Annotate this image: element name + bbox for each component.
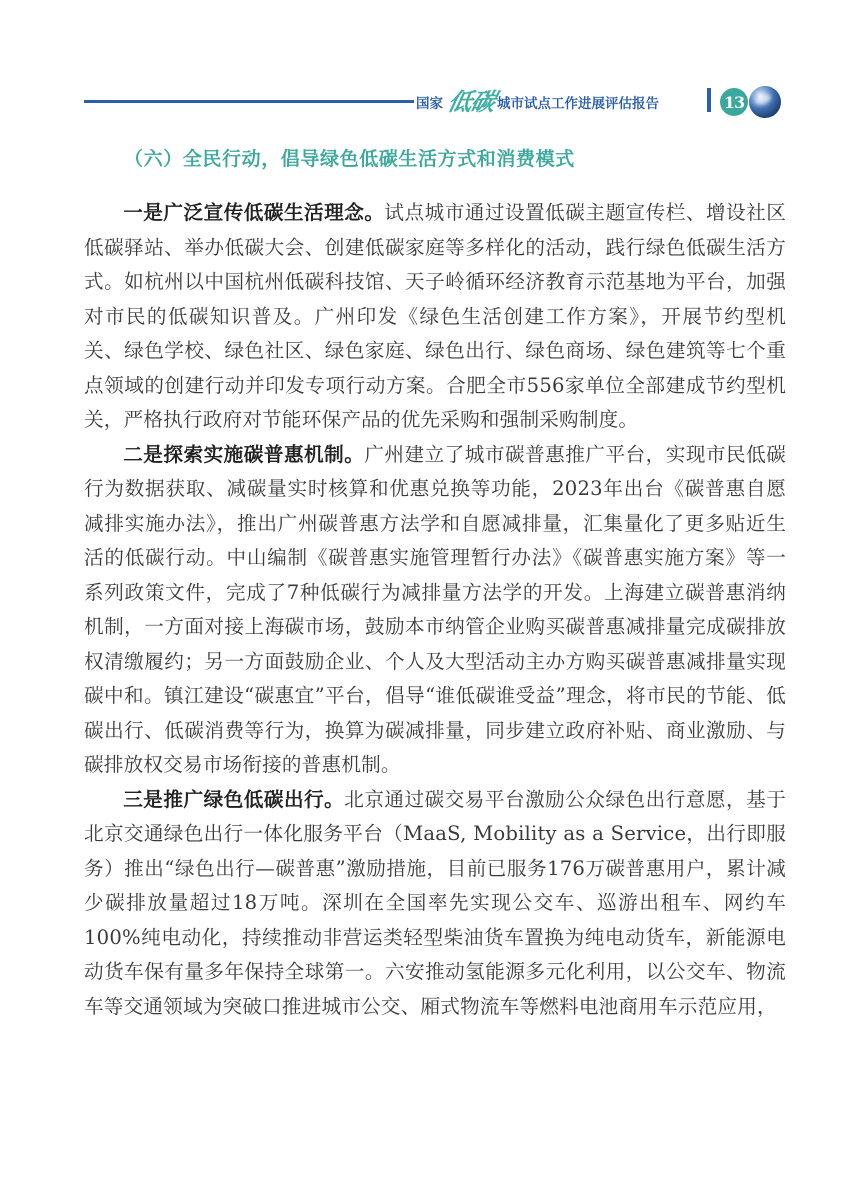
globe-icon xyxy=(749,86,781,118)
paragraph-lead: 三是推广绿色低碳出行。 xyxy=(123,788,344,811)
report-title-prefix: 国家 xyxy=(416,92,443,112)
paragraph-2: 二是探索实施碳普惠机制。广州建立了城市碳普惠推广平台，实现市民低碳行为数据获取、… xyxy=(84,438,786,783)
report-title-brush-logo: 低碳 xyxy=(445,82,498,117)
section-heading: （六）全民行动，倡导绿色低碳生活方式和消费模式 xyxy=(124,144,575,171)
body-text: 一是广泛宣传低碳生活理念。试点城市通过设置低碳主题宣传栏、增设社区低碳驿站、举办… xyxy=(84,196,786,1024)
header-separator xyxy=(707,88,711,112)
page-number-badge: 13 xyxy=(720,88,748,116)
paragraph-3: 三是推广绿色低碳出行。北京通过碳交易平台激励公众绿色出行意愿，基于北京交通绿色出… xyxy=(84,783,786,1025)
paragraph-lead: 一是广泛宣传低碳生活理念。 xyxy=(123,201,384,224)
paragraph-text: 北京通过碳交易平台激励公众绿色出行意愿，基于北京交通绿色出行一体化服务平台（Ma… xyxy=(84,788,786,1018)
paragraph-text: 广州建立了城市碳普惠推广平台，实现市民低碳行为数据获取、减碳量实时核算和优惠兑换… xyxy=(84,443,786,777)
header-rule xyxy=(84,100,414,103)
paragraph-1: 一是广泛宣传低碳生活理念。试点城市通过设置低碳主题宣传栏、增设社区低碳驿站、举办… xyxy=(84,196,786,438)
page-header: 国家 低碳 城市试点工作进展评估报告 13 xyxy=(84,84,786,118)
paragraph-text: 试点城市通过设置低碳主题宣传栏、增设社区低碳驿站、举办低碳大会、创建低碳家庭等多… xyxy=(84,201,786,431)
report-title: 国家 低碳 城市试点工作进展评估报告 xyxy=(416,87,659,117)
paragraph-lead: 二是探索实施碳普惠机制。 xyxy=(123,443,364,466)
report-title-suffix: 城市试点工作进展评估报告 xyxy=(497,92,659,112)
